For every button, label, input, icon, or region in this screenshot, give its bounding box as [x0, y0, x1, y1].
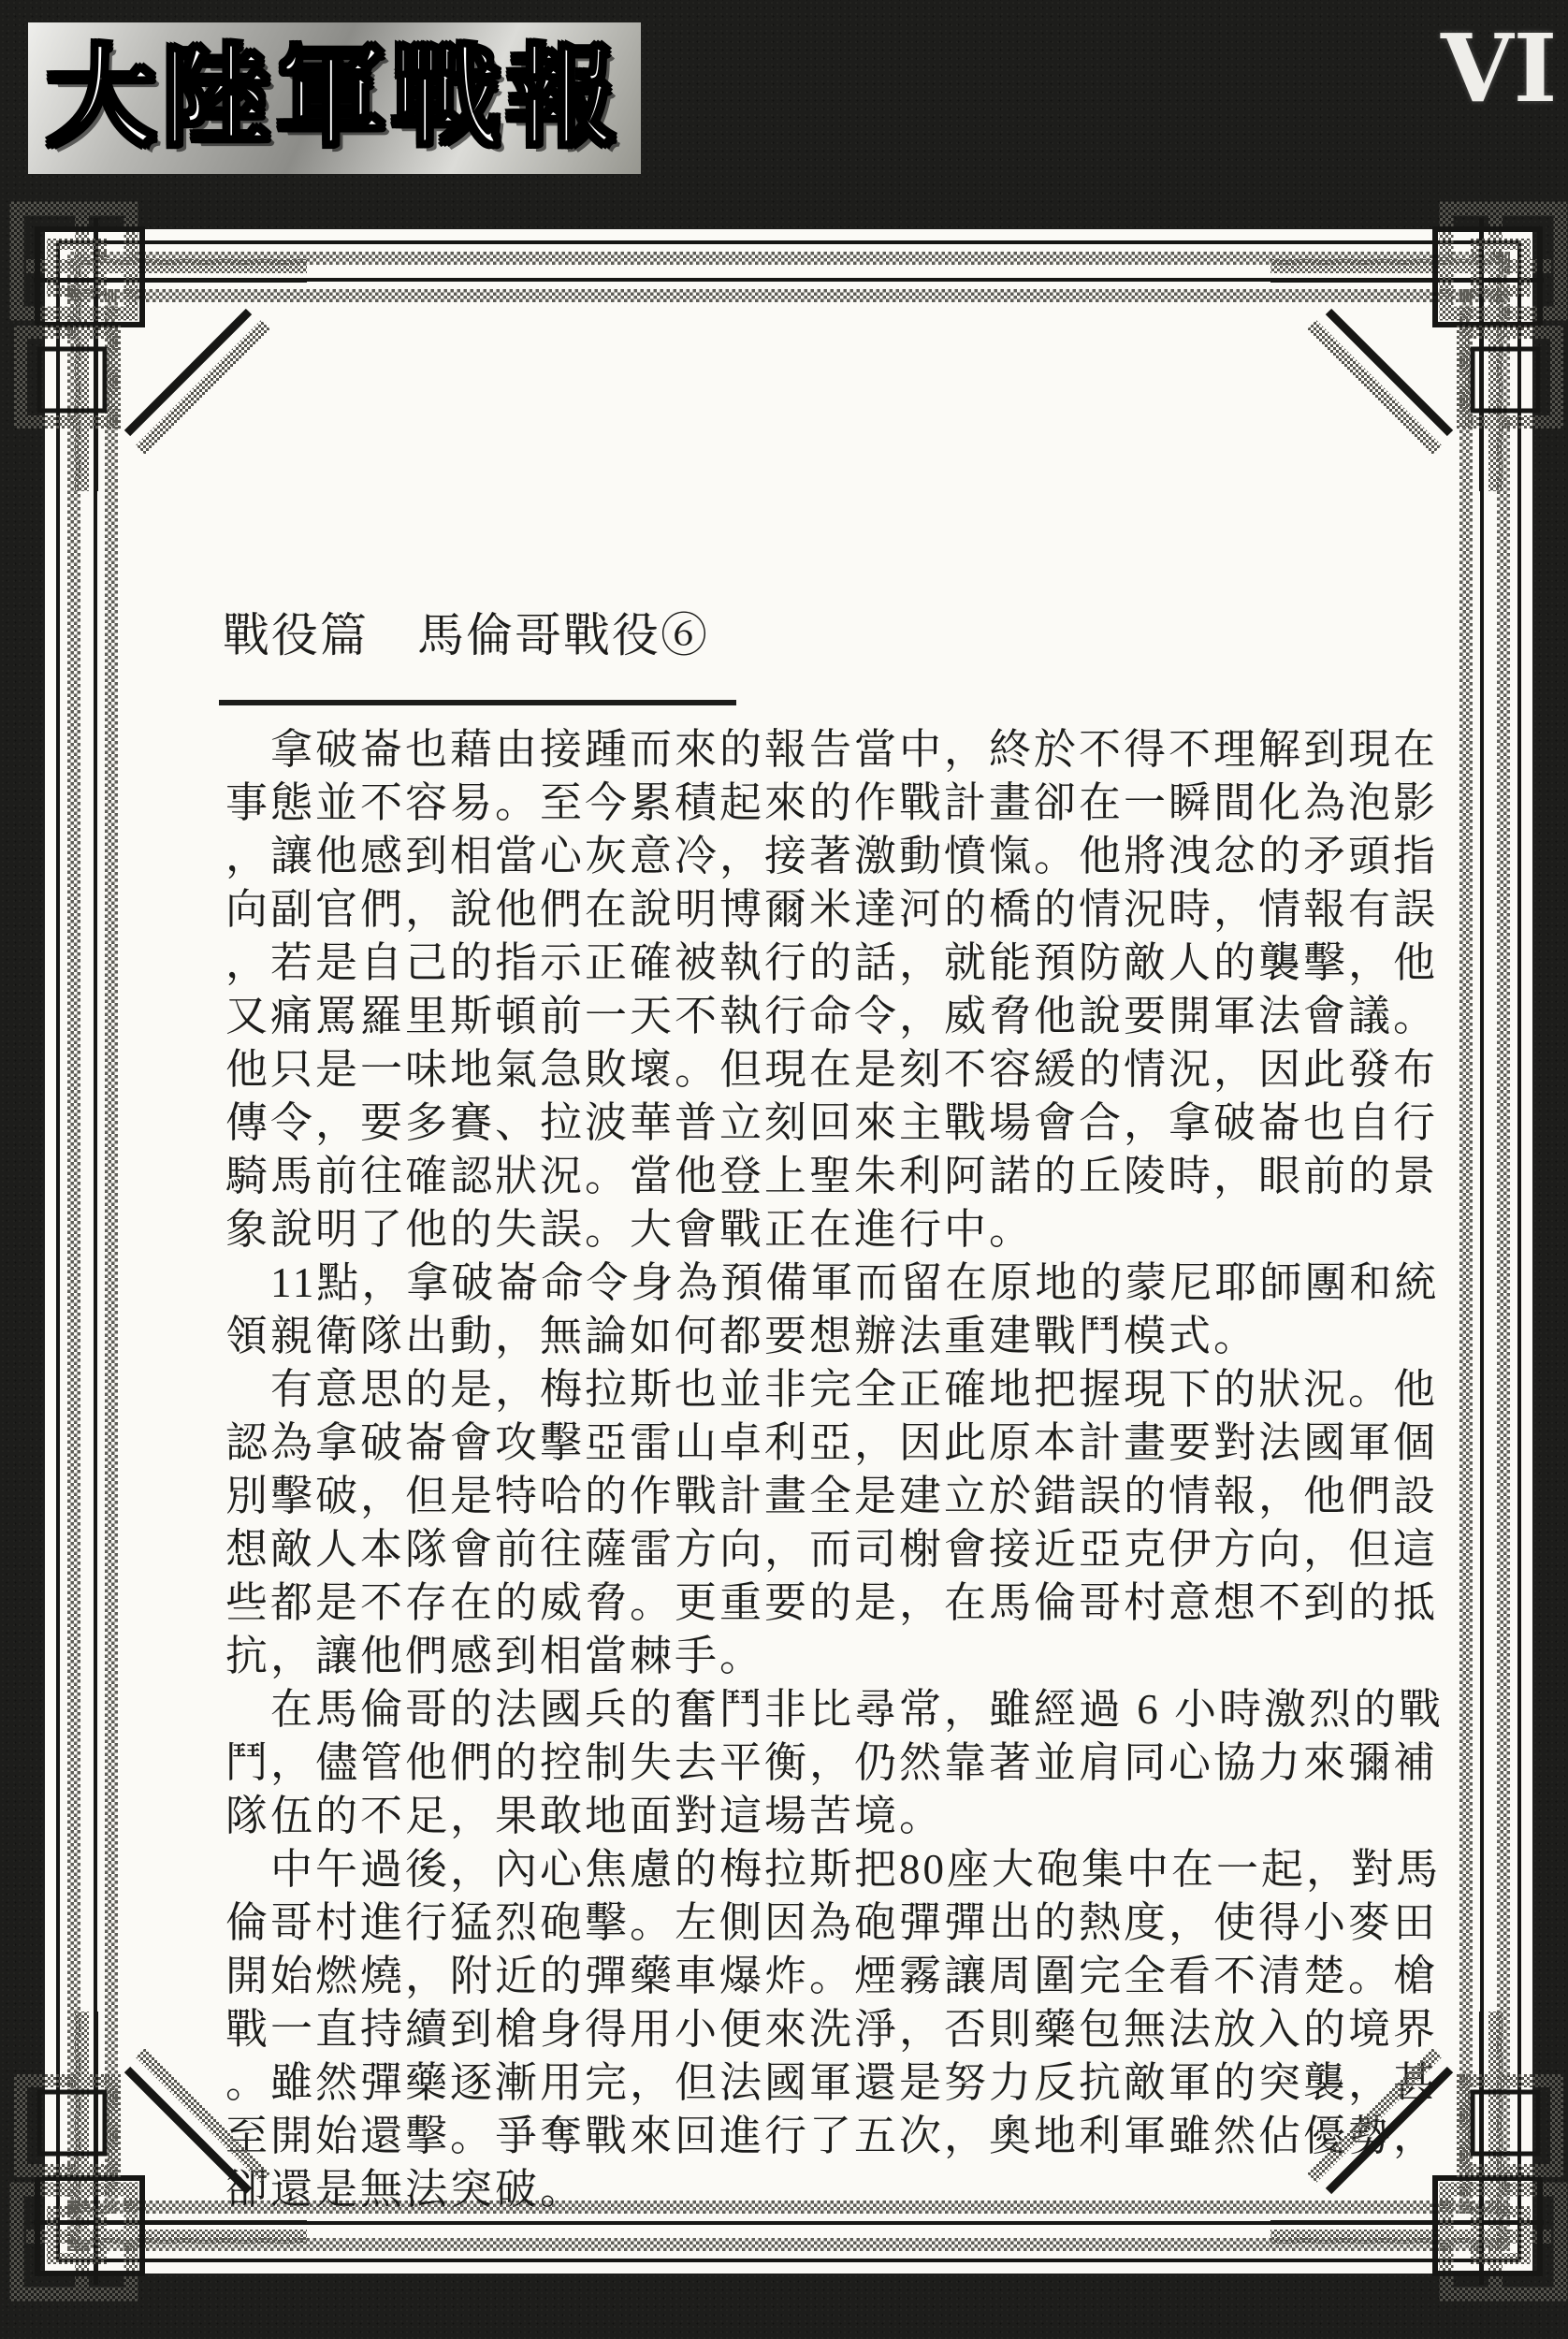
text-line: 有意思的是，梅拉斯也並非完全正確地把握現下的狀況。他	[225, 1363, 1470, 1416]
text-line: 象說明了他的失誤。大會戰正在進行中。	[225, 1203, 1470, 1257]
text-line: 卻還是無法突破。	[225, 2163, 1470, 2216]
frame-halftone-band	[67, 252, 1510, 265]
page-background: 大陸軍戰報 VI 戰役篇 馬倫哥戰役⑥ 拿破崙也藉由接踵而來的報告當中，終於不得…	[0, 0, 1568, 2339]
text-line: 11點，拿破崙命令身為預備軍而留在原地的蒙尼耶師團和統	[225, 1257, 1470, 1310]
text-line: 戰一直持續到槍身得用小便來洗淨，否則藥包無法放入的境界	[225, 2003, 1470, 2056]
text-line: 在馬倫哥的法國兵的奮鬥非比尋常，雖經過 6 小時激烈的戰	[225, 1683, 1470, 1736]
masthead-title: 大陸軍戰報	[47, 44, 622, 153]
section-title: 戰役篇 馬倫哥戰役⑥	[223, 607, 709, 663]
page-number: VI	[1441, 17, 1544, 129]
content-area: 戰役篇 馬倫哥戰役⑥ 拿破崙也藉由接踵而來的報告當中，終於不得不理解到現在事態並…	[45, 229, 1532, 2274]
text-line: 抗，讓他們感到相當棘手。	[225, 1630, 1470, 1683]
text-line: 他只是一味地氣急敗壞。但現在是刻不容緩的情況，因此發布	[225, 1043, 1470, 1097]
text-line: 開始燃燒，附近的彈藥車爆炸。煙霧讓周圍完全看不清楚。槍	[225, 1950, 1470, 2003]
text-line: 騎馬前往確認狀況。當他登上聖朱利阿諾的丘陵時，眼前的景	[225, 1150, 1470, 1203]
frame-halftone-band	[1497, 252, 1510, 2251]
text-line: 倫哥村進行猛烈砲擊。左側因為砲彈彈出的熱度，使得小麥田	[225, 1896, 1470, 1950]
text-line: 中午過後，內心焦慮的梅拉斯把80座大砲集中在一起，對馬	[225, 1843, 1470, 1896]
text-line: 鬥，儘管他們的控制失去平衡，仍然靠著並肩同心協力來彌補	[225, 1736, 1470, 1790]
article-body: 拿破崙也藉由接踵而來的報告當中，終於不得不理解到現在事態並不容易。至今累積起來的…	[225, 723, 1470, 2216]
text-line: 。雖然彈藥逐漸用完，但法國軍還是努力反抗敵軍的突襲，甚	[225, 2056, 1470, 2110]
text-line: 些都是不存在的威脅。更重要的是，在馬倫哥村意想不到的抵	[225, 1576, 1470, 1630]
frame-halftone-band	[67, 2238, 1510, 2251]
text-line: 拿破崙也藉由接踵而來的報告當中，終於不得不理解到現在	[225, 723, 1470, 777]
text-line: 領親衛隊出動，無論如何都要想辦法重建戰鬥模式。	[225, 1310, 1470, 1363]
text-line: ，讓他感到相當心灰意冷，接著激動憤愾。他將洩忿的矛頭指	[225, 830, 1470, 883]
text-line: 又痛罵羅里斯頓前一天不執行命令，威脅他說要開軍法會議。	[225, 990, 1470, 1043]
text-line: 傳令，要多賽、拉波華普立刻回來主戰場會合，拿破崙也自行	[225, 1097, 1470, 1150]
text-line: 向副官們，說他們在說明博爾米達河的橋的情況時，情報有誤	[225, 883, 1470, 937]
frame-halftone-band	[67, 252, 80, 2251]
text-line: 認為拿破崙會攻擊亞雷山卓利亞，因此原本計畫要對法國軍個	[225, 1416, 1470, 1470]
text-line: ，若是自己的指示正確被執行的話，就能預防敵人的襲擊，他	[225, 937, 1470, 990]
section-title-underline	[219, 700, 736, 705]
text-line: 別擊破，但是特哈的作戰計畫全是建立於錯誤的情報，他們設	[225, 1470, 1470, 1523]
text-line: 隊伍的不足，果敢地面對這場苦境。	[225, 1790, 1470, 1843]
frame-halftone-band	[105, 289, 118, 2214]
text-line: 事態並不容易。至今累積起來的作戰計畫卻在一瞬間化為泡影	[225, 777, 1470, 830]
text-line: 至開始還擊。爭奪戰來回進行了五次，奧地利軍雖然佔優勢，	[225, 2110, 1470, 2163]
frame-halftone-band	[67, 289, 1510, 302]
masthead: 大陸軍戰報	[28, 22, 641, 174]
text-line: 想敵人本隊會前往薩雷方向，而司榭會接近亞克伊方向，但這	[225, 1523, 1470, 1576]
